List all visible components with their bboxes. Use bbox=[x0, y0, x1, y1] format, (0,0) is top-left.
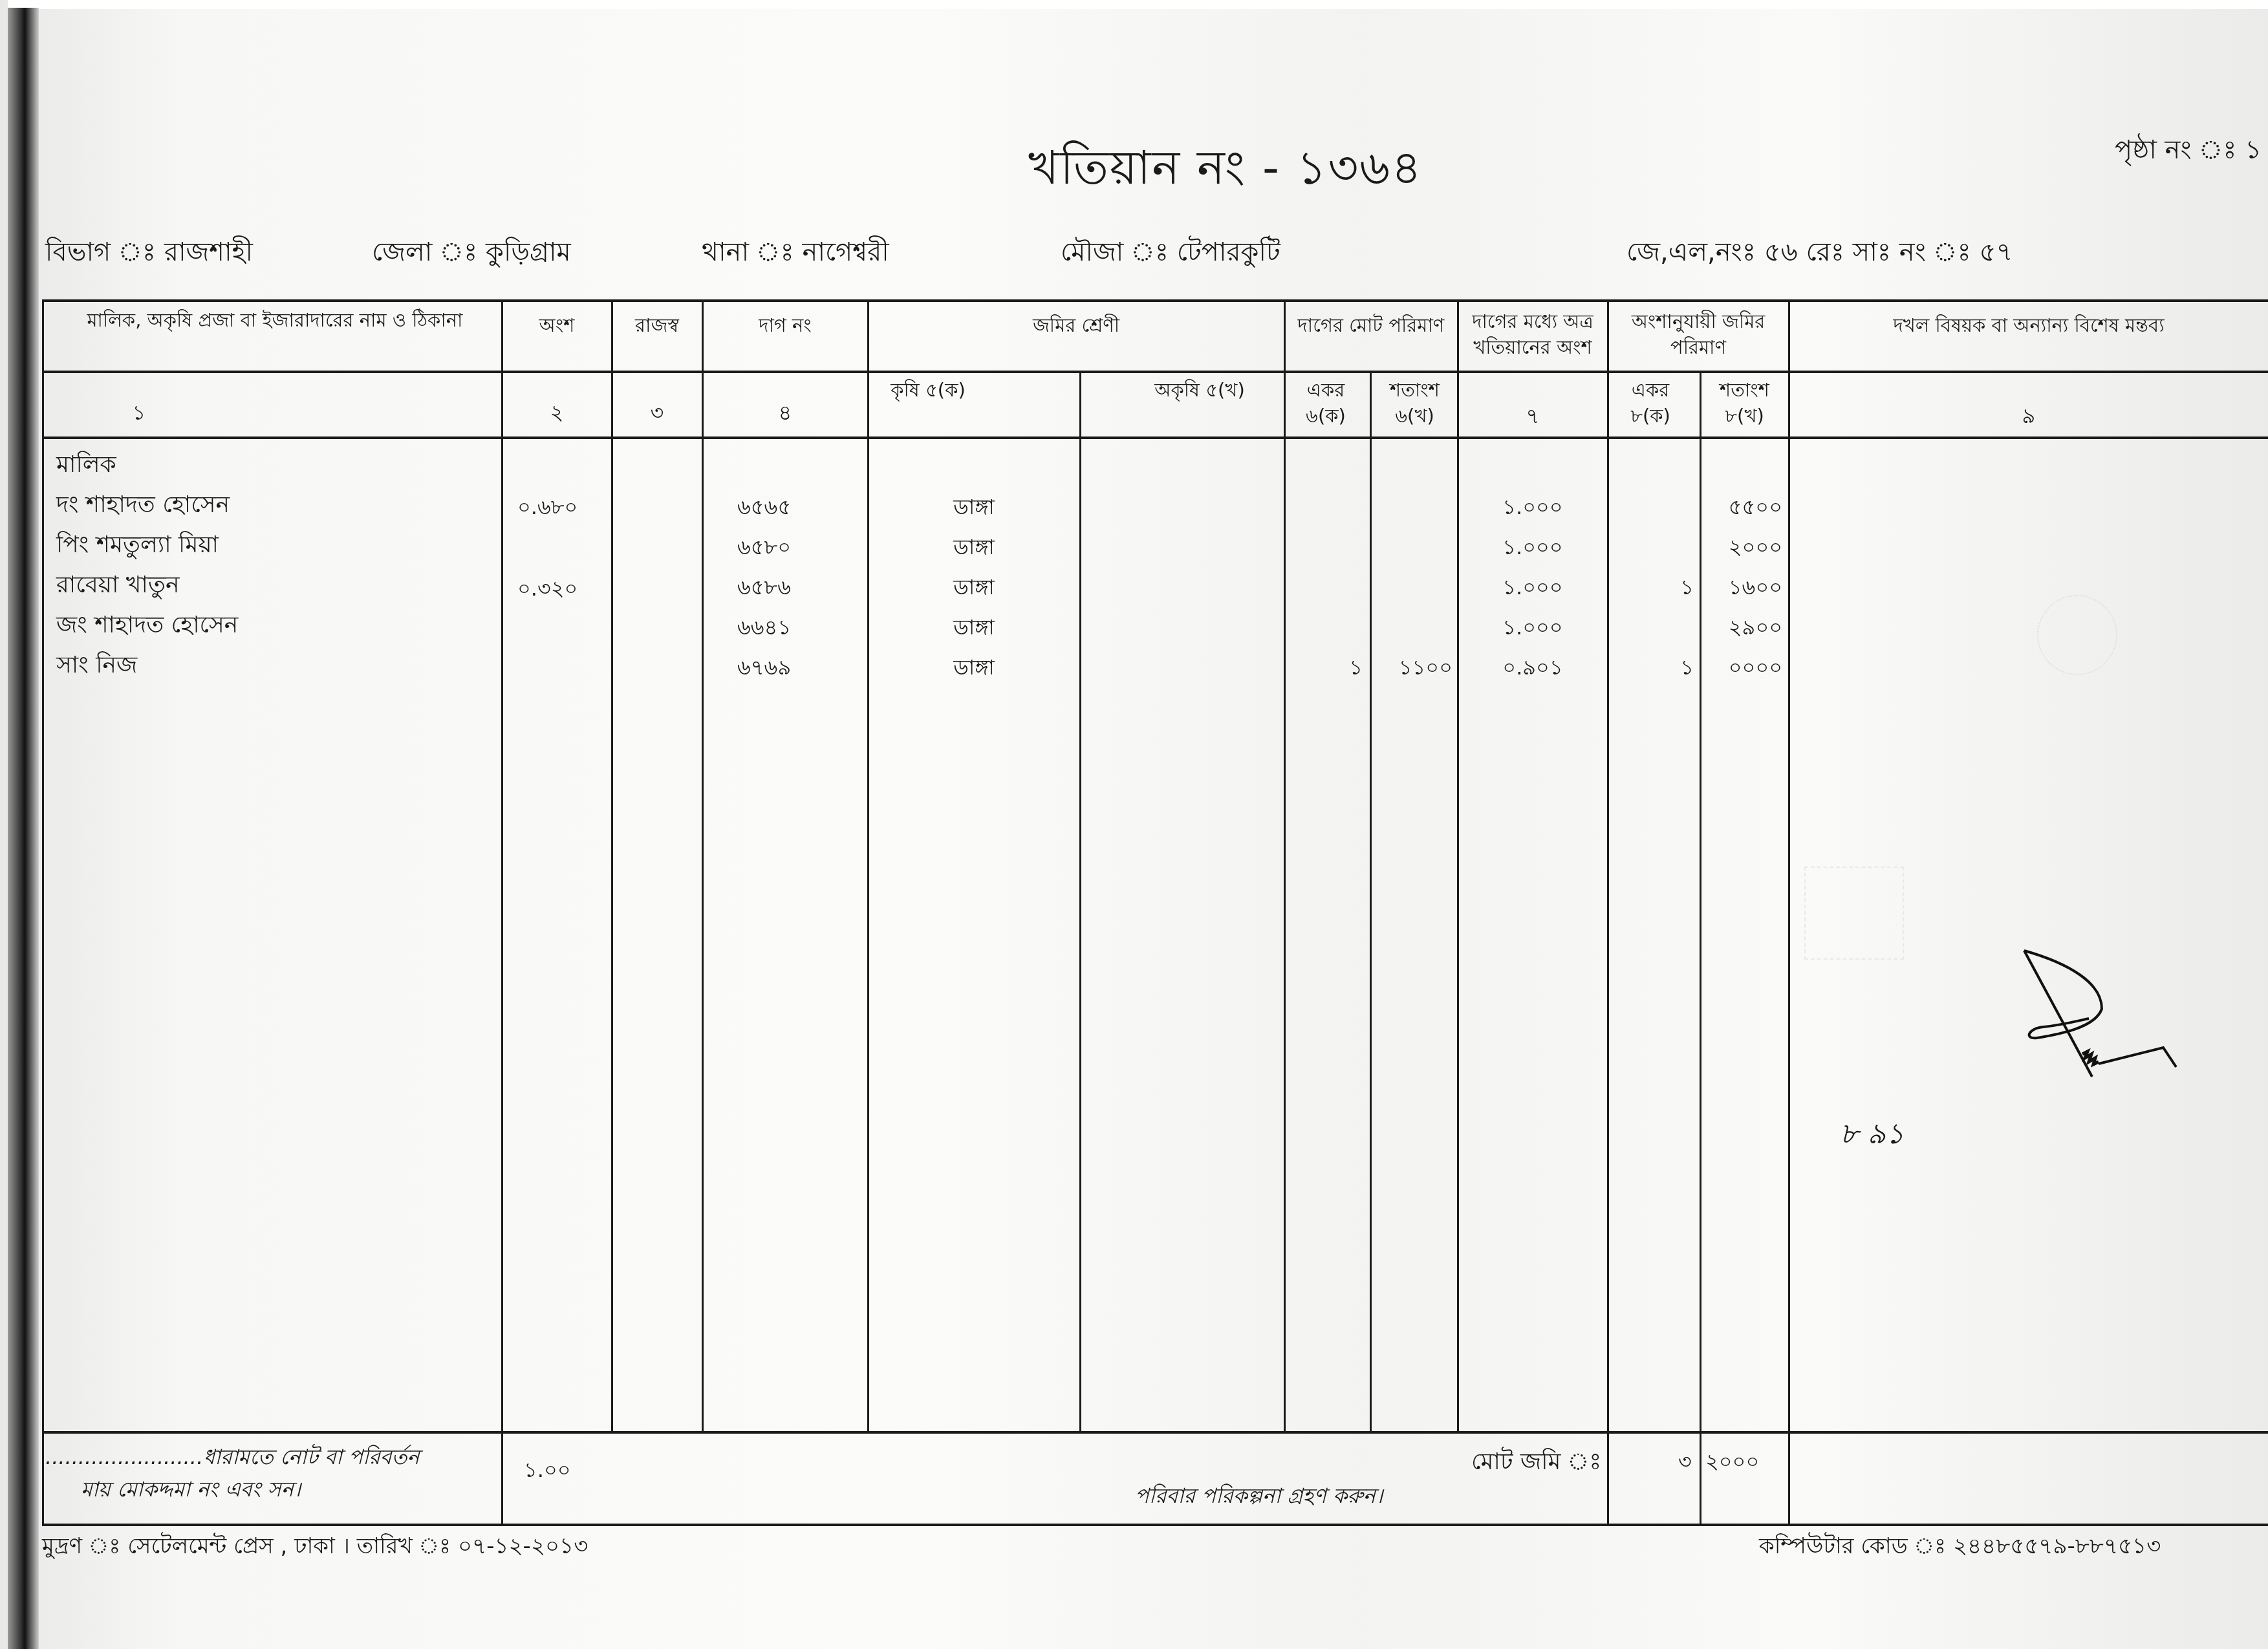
col-5a: কৃষি ৫(ক) bbox=[883, 377, 973, 403]
table-cell-dec8: ২০০০ bbox=[1701, 531, 1782, 566]
note-line-2: মায় মোকদ্দমা নং এবং সন। bbox=[81, 1473, 301, 1508]
signature-icon bbox=[2018, 944, 2238, 1086]
total-acre: ৩ bbox=[1678, 1445, 1692, 1480]
owner-line: মালিক bbox=[56, 447, 116, 486]
thana: থানা ঃ নাগেশ্বরী bbox=[702, 232, 889, 275]
table-cell-dec8: ৫৫০০ bbox=[1701, 491, 1782, 526]
division: বিভাগ ঃ রাজশাহী bbox=[45, 232, 253, 275]
divider bbox=[1370, 371, 1372, 1432]
col-6b: শতাংশ ৬(খ) bbox=[1377, 377, 1452, 429]
divider bbox=[611, 299, 613, 1432]
table-cell-dag: ৬৫৮৬ bbox=[737, 571, 834, 606]
owner-line: পিং শমতুল্যা মিয়া bbox=[56, 527, 219, 566]
col-num-2: ২ bbox=[502, 396, 611, 431]
divider bbox=[501, 299, 503, 1525]
table-cell-share7: ১.০০০ bbox=[1458, 611, 1607, 646]
header-revenue: রাজস্ব bbox=[612, 312, 702, 338]
divider bbox=[1284, 299, 1286, 1432]
table-cell-class: ডাঙ্গা bbox=[869, 531, 1079, 566]
document-page: খতিয়ান নং - ১৩৬৪ পৃষ্ঠা নং ঃ ১ বিভাগ ঃ … bbox=[0, 0, 2268, 1649]
jl-number: জে,এল,নংঃ ৫৬ রেঃ সাঃ নং ঃ ৫৭ bbox=[1626, 232, 2013, 275]
computer-code: কম্পিউটার কোড ঃ ২৪৪৮৫৫৭৯-৮৮৭৫১৩ bbox=[1759, 1529, 2161, 1566]
table-cell-dec8: ১৬০০ bbox=[1701, 571, 1782, 606]
divider bbox=[42, 1431, 2268, 1434]
table-cell-dec6: ১১০০ bbox=[1372, 651, 1453, 686]
faded-stamp bbox=[1804, 867, 1904, 960]
divider bbox=[867, 299, 869, 1432]
table-cell-share7: ০.৯০১ bbox=[1458, 651, 1607, 686]
total-share: ১.০০ bbox=[524, 1454, 571, 1489]
page-number: পৃষ্ঠা নং ঃ ১ bbox=[2115, 129, 2262, 173]
divider bbox=[42, 299, 2268, 302]
total-land-label: মোট জমি ঃ bbox=[1471, 1444, 1601, 1483]
table-cell-class: ডাঙ্গা bbox=[869, 491, 1079, 526]
table-cell-dag: ৬৬৪১ bbox=[737, 611, 834, 646]
header-remarks: দখল বিষয়ক বা অন্যান্য বিশেষ মন্তব্য bbox=[1789, 312, 2268, 338]
col-8b: শতাংশ ৮(খ) bbox=[1707, 377, 1782, 429]
mouza: মৌজা ঃ টেপারকুটি bbox=[1061, 232, 1280, 275]
printer-info: মুদ্রণ ঃ সেটেলমেন্ট প্রেস , ঢাকা । তারিখ… bbox=[42, 1529, 588, 1566]
header-owner: মালিক, অকৃষি প্রজা বা ইজারাদারের নাম ও ঠ… bbox=[74, 307, 475, 333]
note-line-1: ........................ধারামতে নোট বা প… bbox=[45, 1441, 420, 1476]
share-value: ০.৬৮০ bbox=[517, 491, 578, 526]
owner-line: রাবেয়া খাতুন bbox=[56, 567, 179, 606]
share-value: ০.৩২০ bbox=[517, 572, 578, 607]
page-edge bbox=[8, 0, 2268, 9]
col-num-4: ৪ bbox=[703, 396, 867, 431]
divider bbox=[1079, 371, 1081, 1432]
header-share: অংশ bbox=[502, 312, 611, 338]
khatian-table: মালিক, অকৃষি প্রজা বা ইজারাদারের নাম ও ঠ… bbox=[42, 299, 2268, 1528]
binding-edge bbox=[8, 8, 39, 1649]
owner-line: সাং নিজ bbox=[56, 647, 137, 686]
divider bbox=[42, 436, 2268, 439]
table-cell-dec8: ০০০০ bbox=[1701, 651, 1782, 686]
table-cell-class: ডাঙ্গা bbox=[869, 571, 1079, 606]
table-cell-share7: ১.০০০ bbox=[1458, 571, 1607, 606]
col-num-7: ৭ bbox=[1458, 400, 1607, 435]
total-decimal: ২০০০ bbox=[1705, 1445, 1759, 1480]
divider bbox=[42, 299, 44, 1525]
table-cell-dag: ৬৫৬৫ bbox=[737, 491, 834, 526]
divider bbox=[702, 299, 704, 1432]
header-dag-total: দাগের মোট পরিমাণ bbox=[1285, 312, 1457, 338]
header-share-land: অংশানুযায়ী জমির পরিমাণ bbox=[1608, 308, 1788, 360]
owner-line: দং শাহাদত হোসেন bbox=[56, 487, 230, 526]
divider bbox=[1788, 299, 1790, 1525]
faded-seal bbox=[2037, 595, 2117, 675]
table-cell-dec8: ২৯০০ bbox=[1701, 611, 1782, 646]
table-cell-acre6: ১ bbox=[1285, 651, 1363, 686]
family-planning-slogan: পরিবার পরিকল্পনা গ্রহণ করুন। bbox=[1135, 1480, 1383, 1514]
table-cell-acre8: ১ bbox=[1608, 571, 1694, 606]
owner-line: জং শাহাদত হোসেন bbox=[56, 607, 238, 646]
table-cell-dag: ৬৭৬৯ bbox=[737, 651, 834, 686]
divider bbox=[1457, 299, 1459, 1432]
header-dag-share: দাগের মধ্যে অত্র খতিয়ানের অংশ bbox=[1458, 308, 1607, 360]
table-cell-dag: ৬৫৮০ bbox=[737, 531, 834, 566]
divider bbox=[42, 1524, 2268, 1526]
district: জেলা ঃ কুড়িগ্রাম bbox=[372, 232, 571, 275]
table-cell-share7: ১.০০০ bbox=[1458, 531, 1607, 566]
table-cell-share7: ১.০০০ bbox=[1458, 491, 1607, 526]
header-dag-no: দাগ নং bbox=[703, 312, 867, 338]
handwritten-note: ৮ ৯১ bbox=[1840, 1112, 1905, 1159]
divider bbox=[42, 371, 2268, 373]
table-cell-class: ডাঙ্গা bbox=[869, 651, 1079, 686]
col-num-9: ৯ bbox=[1789, 400, 2268, 435]
table-cell-acre8: ১ bbox=[1608, 651, 1694, 686]
header-land-class: জমির শ্রেণী bbox=[869, 312, 1284, 338]
col-num-1: ১ bbox=[42, 396, 236, 431]
khatian-title: খতিয়ান নং - ১৩৬৪ bbox=[1028, 133, 1423, 210]
col-num-3: ৩ bbox=[612, 396, 702, 431]
col-8a: একর ৮(ক) bbox=[1615, 377, 1686, 429]
col-6a: একর ৬(ক) bbox=[1290, 377, 1361, 429]
col-5b: অকৃষি ৫(খ) bbox=[1154, 377, 1245, 403]
divider bbox=[1607, 299, 1609, 1525]
table-cell-class: ডাঙ্গা bbox=[869, 611, 1079, 646]
